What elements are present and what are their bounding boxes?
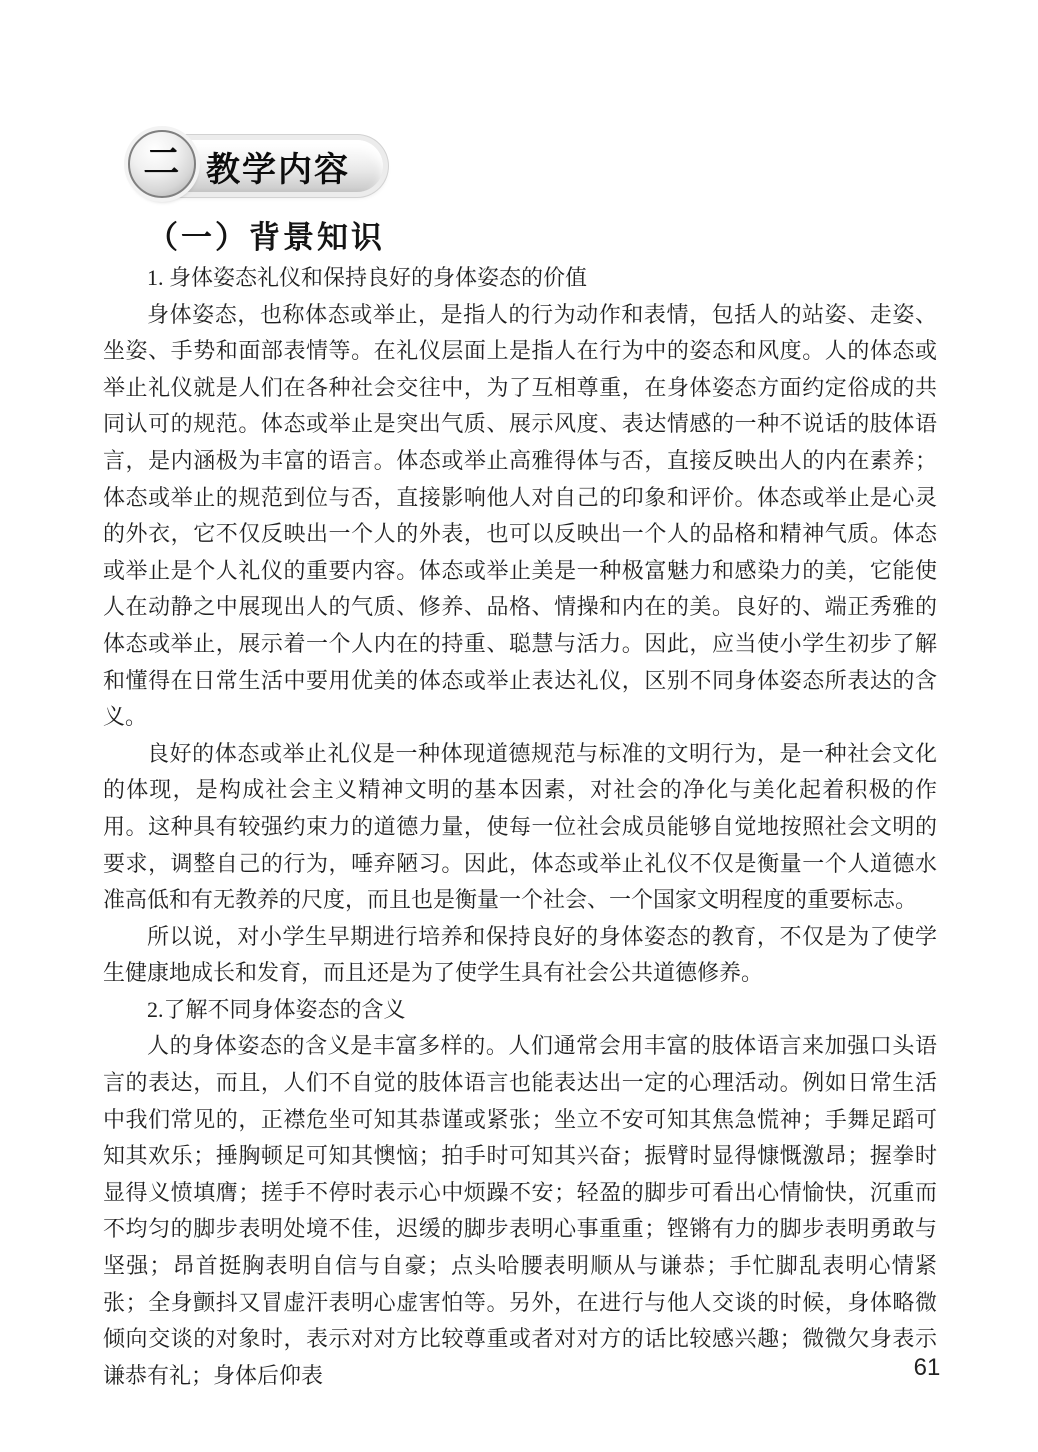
section-badge-circle: 二 [128,130,196,198]
paragraph-early-education: 所以说，对小学生早期进行培养和保持良好的身体姿态的教育，不仅是为了使学生健康地成… [103,919,937,992]
document-page: 教学内容 二 （一）背景知识 1. 身体姿态礼仪和保持良好的身体姿态的价值 身体… [0,0,1038,1452]
numbered-heading-2: 2.了解不同身体姿态的含义 [103,992,937,1029]
paragraph-body-posture-definition: 身体姿态，也称体态或举止，是指人的行为动作和表情，包括人的站姿、走姿、坐姿、手势… [103,297,937,736]
paragraph-moral-standard: 良好的体态或举止礼仪是一种体现道德规范与标准的文明行为，是一种社会文化的体现，是… [103,736,937,919]
paragraph-posture-meanings: 人的身体姿态的含义是丰富多样的。人们通常会用丰富的肢体语言来加强口头语言的表达，… [103,1028,937,1394]
page-number: 61 [900,1354,954,1382]
section-badge: 教学内容 二 [128,130,398,205]
numbered-heading-1: 1. 身体姿态礼仪和保持良好的身体姿态的价值 [103,260,937,297]
subsection-heading: （一）背景知识 [147,212,385,257]
section-badge-title: 教学内容 [206,142,350,191]
body-text: 1. 身体姿态礼仪和保持良好的身体姿态的价值 身体姿态，也称体态或举止，是指人的… [103,260,937,1394]
section-number: 二 [142,144,182,184]
